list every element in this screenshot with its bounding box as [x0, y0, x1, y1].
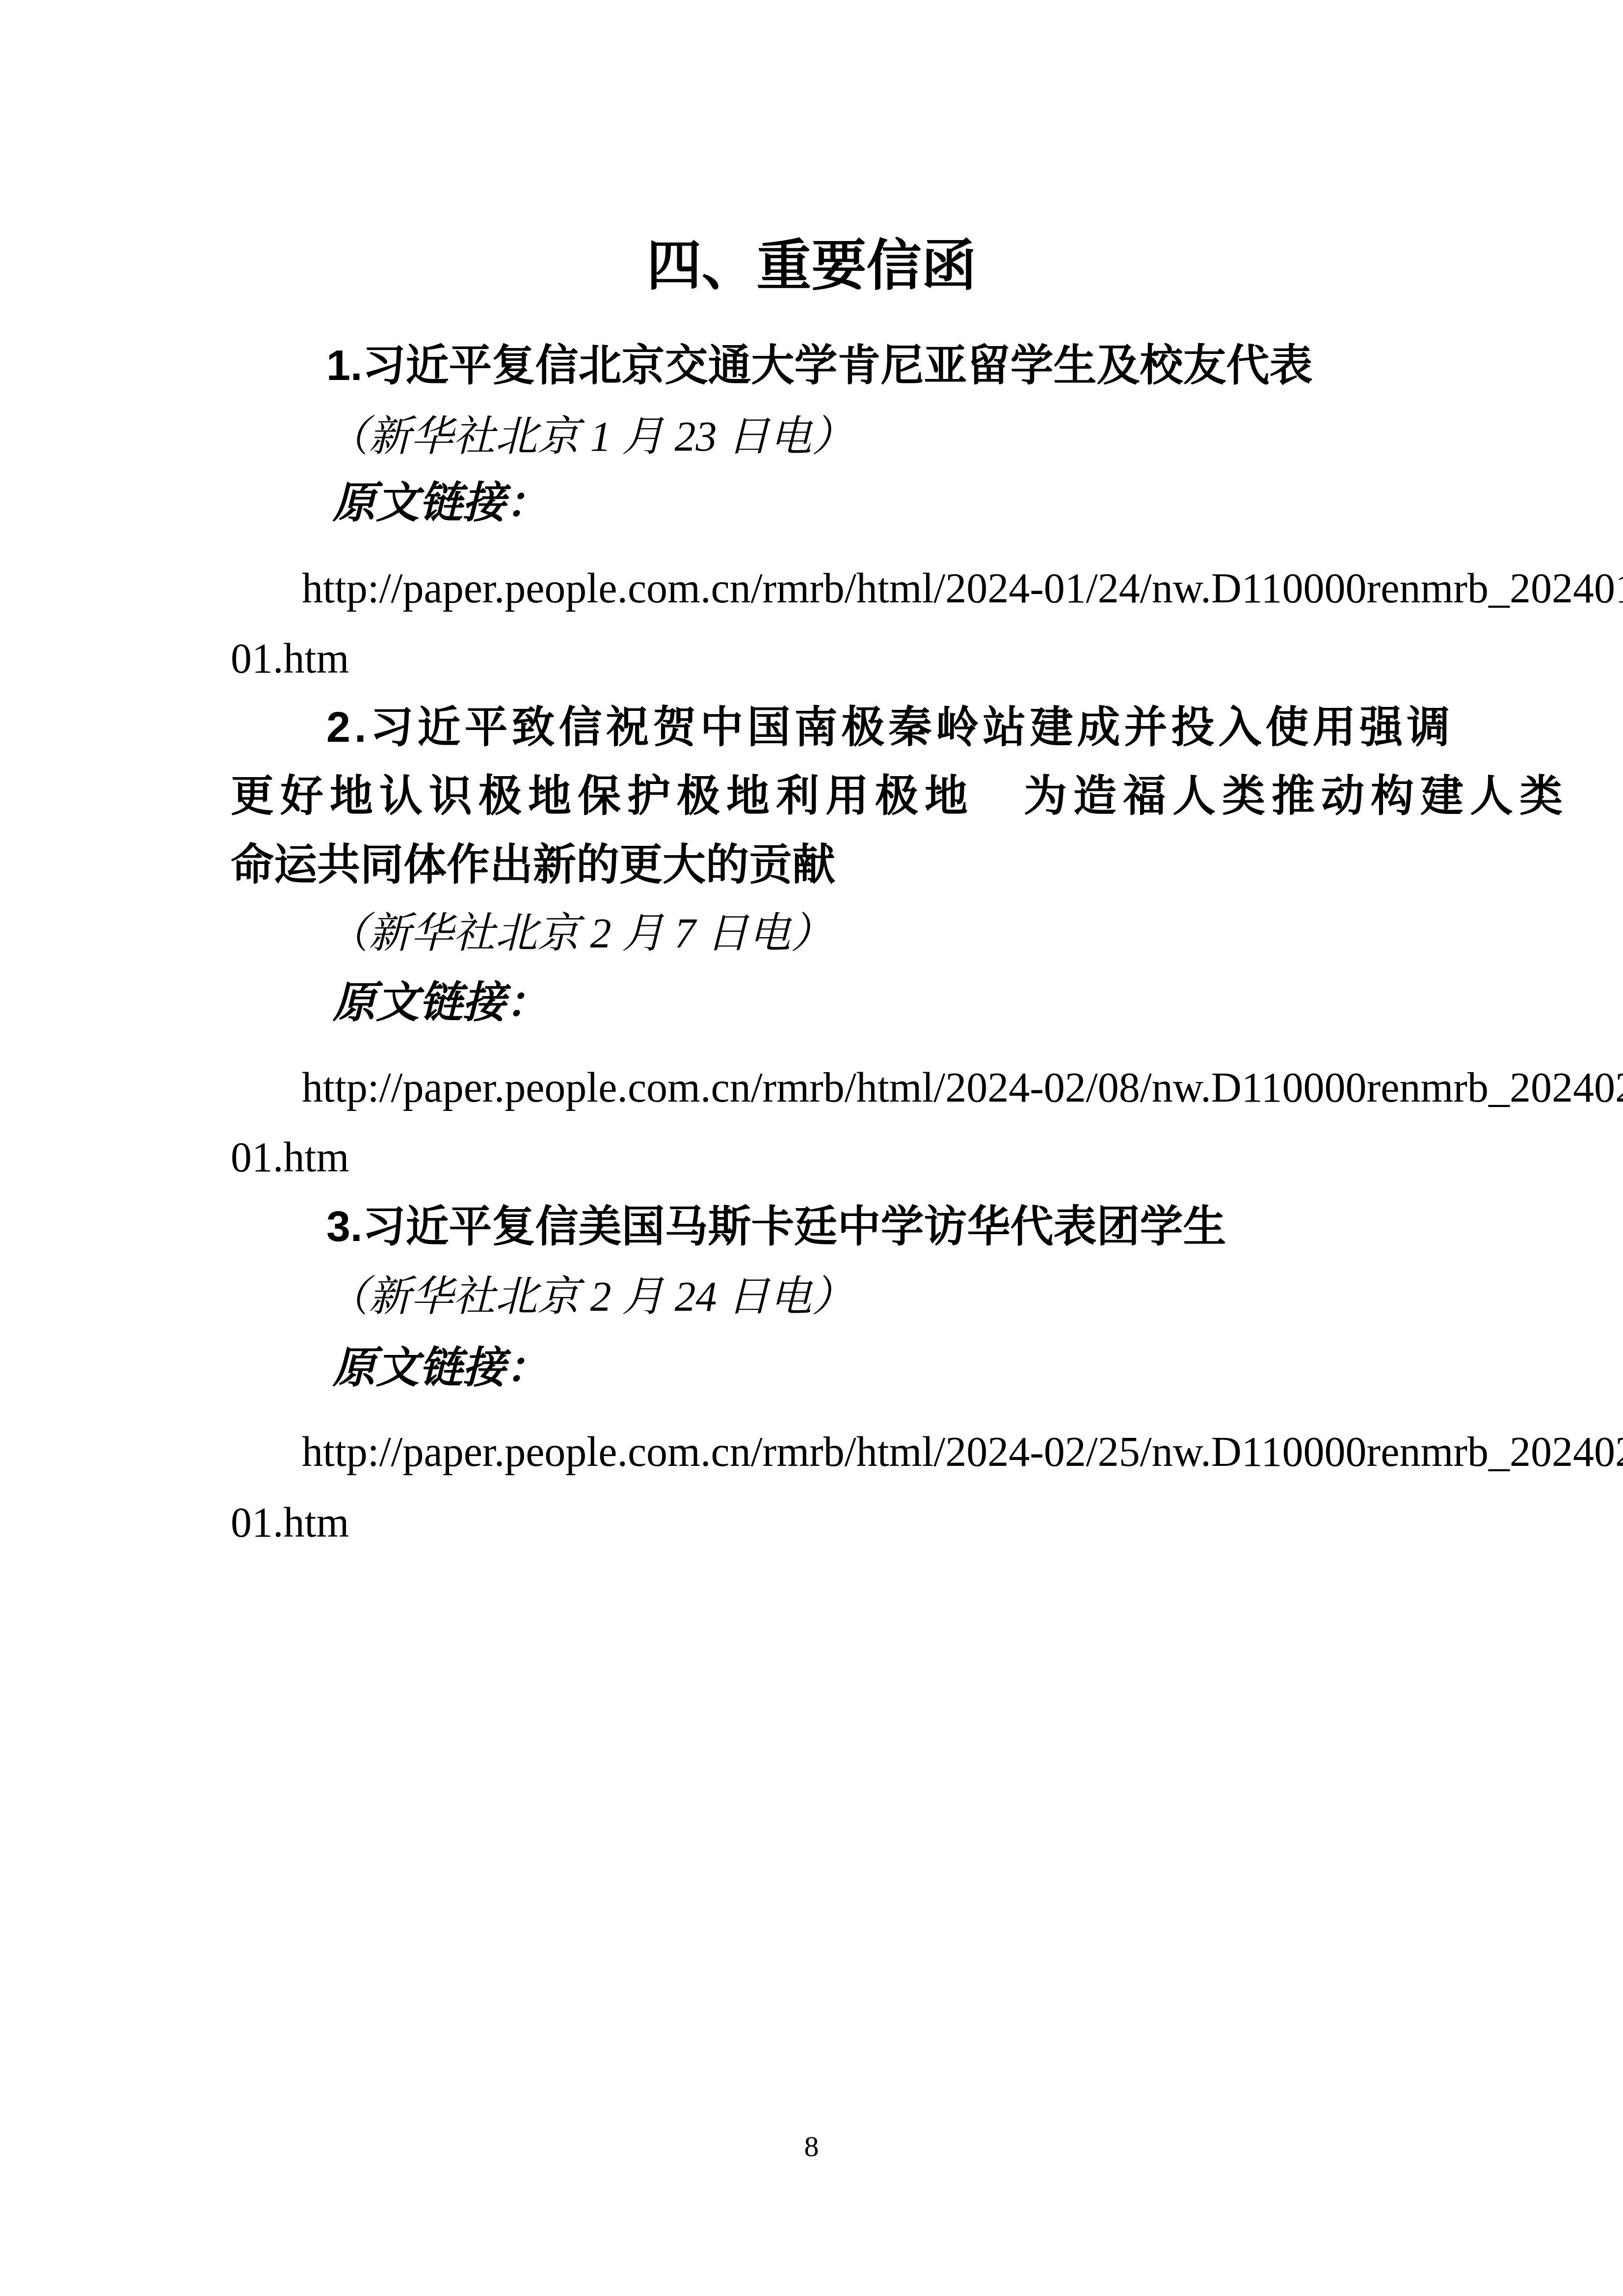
item-2-heading-line-3: 命运共同体作出新的更大的贡献 — [231, 843, 835, 886]
item-1-source-line: （新华社北京 1 月 23 日电） — [326, 415, 854, 458]
item-1-url-line-1: http://paper.people.com.cn/rmrb/html/202… — [302, 567, 1623, 609]
item-1-url-line-2: 01.htm — [231, 637, 349, 679]
document-page: 四、重要信函 1.习近平复信北京交通大学肯尼亚留学生及校友代表 （新华社北京 1… — [0, 0, 1623, 2296]
item-2-url-line-2: 01.htm — [231, 1136, 349, 1178]
item-3-link-label: 原文链接： — [333, 1347, 549, 1390]
item-3-url-line-1: http://paper.people.com.cn/rmrb/html/202… — [302, 1431, 1623, 1473]
item-2-url-line-1: http://paper.people.com.cn/rmrb/html/202… — [302, 1066, 1623, 1108]
item-2-heading-line-1: 2.习近平致信祝贺中国南极秦岭站建成并投入使用强调 — [326, 705, 1454, 749]
page-title: 四、重要信函 — [0, 239, 1623, 294]
item-3-url-line-2: 01.htm — [231, 1501, 349, 1543]
item-2-link-label: 原文链接： — [333, 982, 549, 1025]
item-1-link-label: 原文链接： — [333, 482, 549, 525]
page-number: 8 — [0, 2132, 1623, 2161]
item-3-source-line: （新华社北京 2 月 24 日电） — [326, 1275, 854, 1318]
item-1-heading: 1.习近平复信北京交通大学肯尼亚留学生及校友代表 — [326, 344, 1312, 387]
item-2-source-line: （新华社北京 2 月 7 日电） — [326, 912, 833, 954]
item-3-heading: 3.习近平复信美国马斯卡廷中学访华代表团学生 — [326, 1205, 1226, 1248]
item-2-heading-line-2: 更好地认识极地保护极地利用极地 为造福人类推动构建人类 — [231, 774, 1569, 817]
